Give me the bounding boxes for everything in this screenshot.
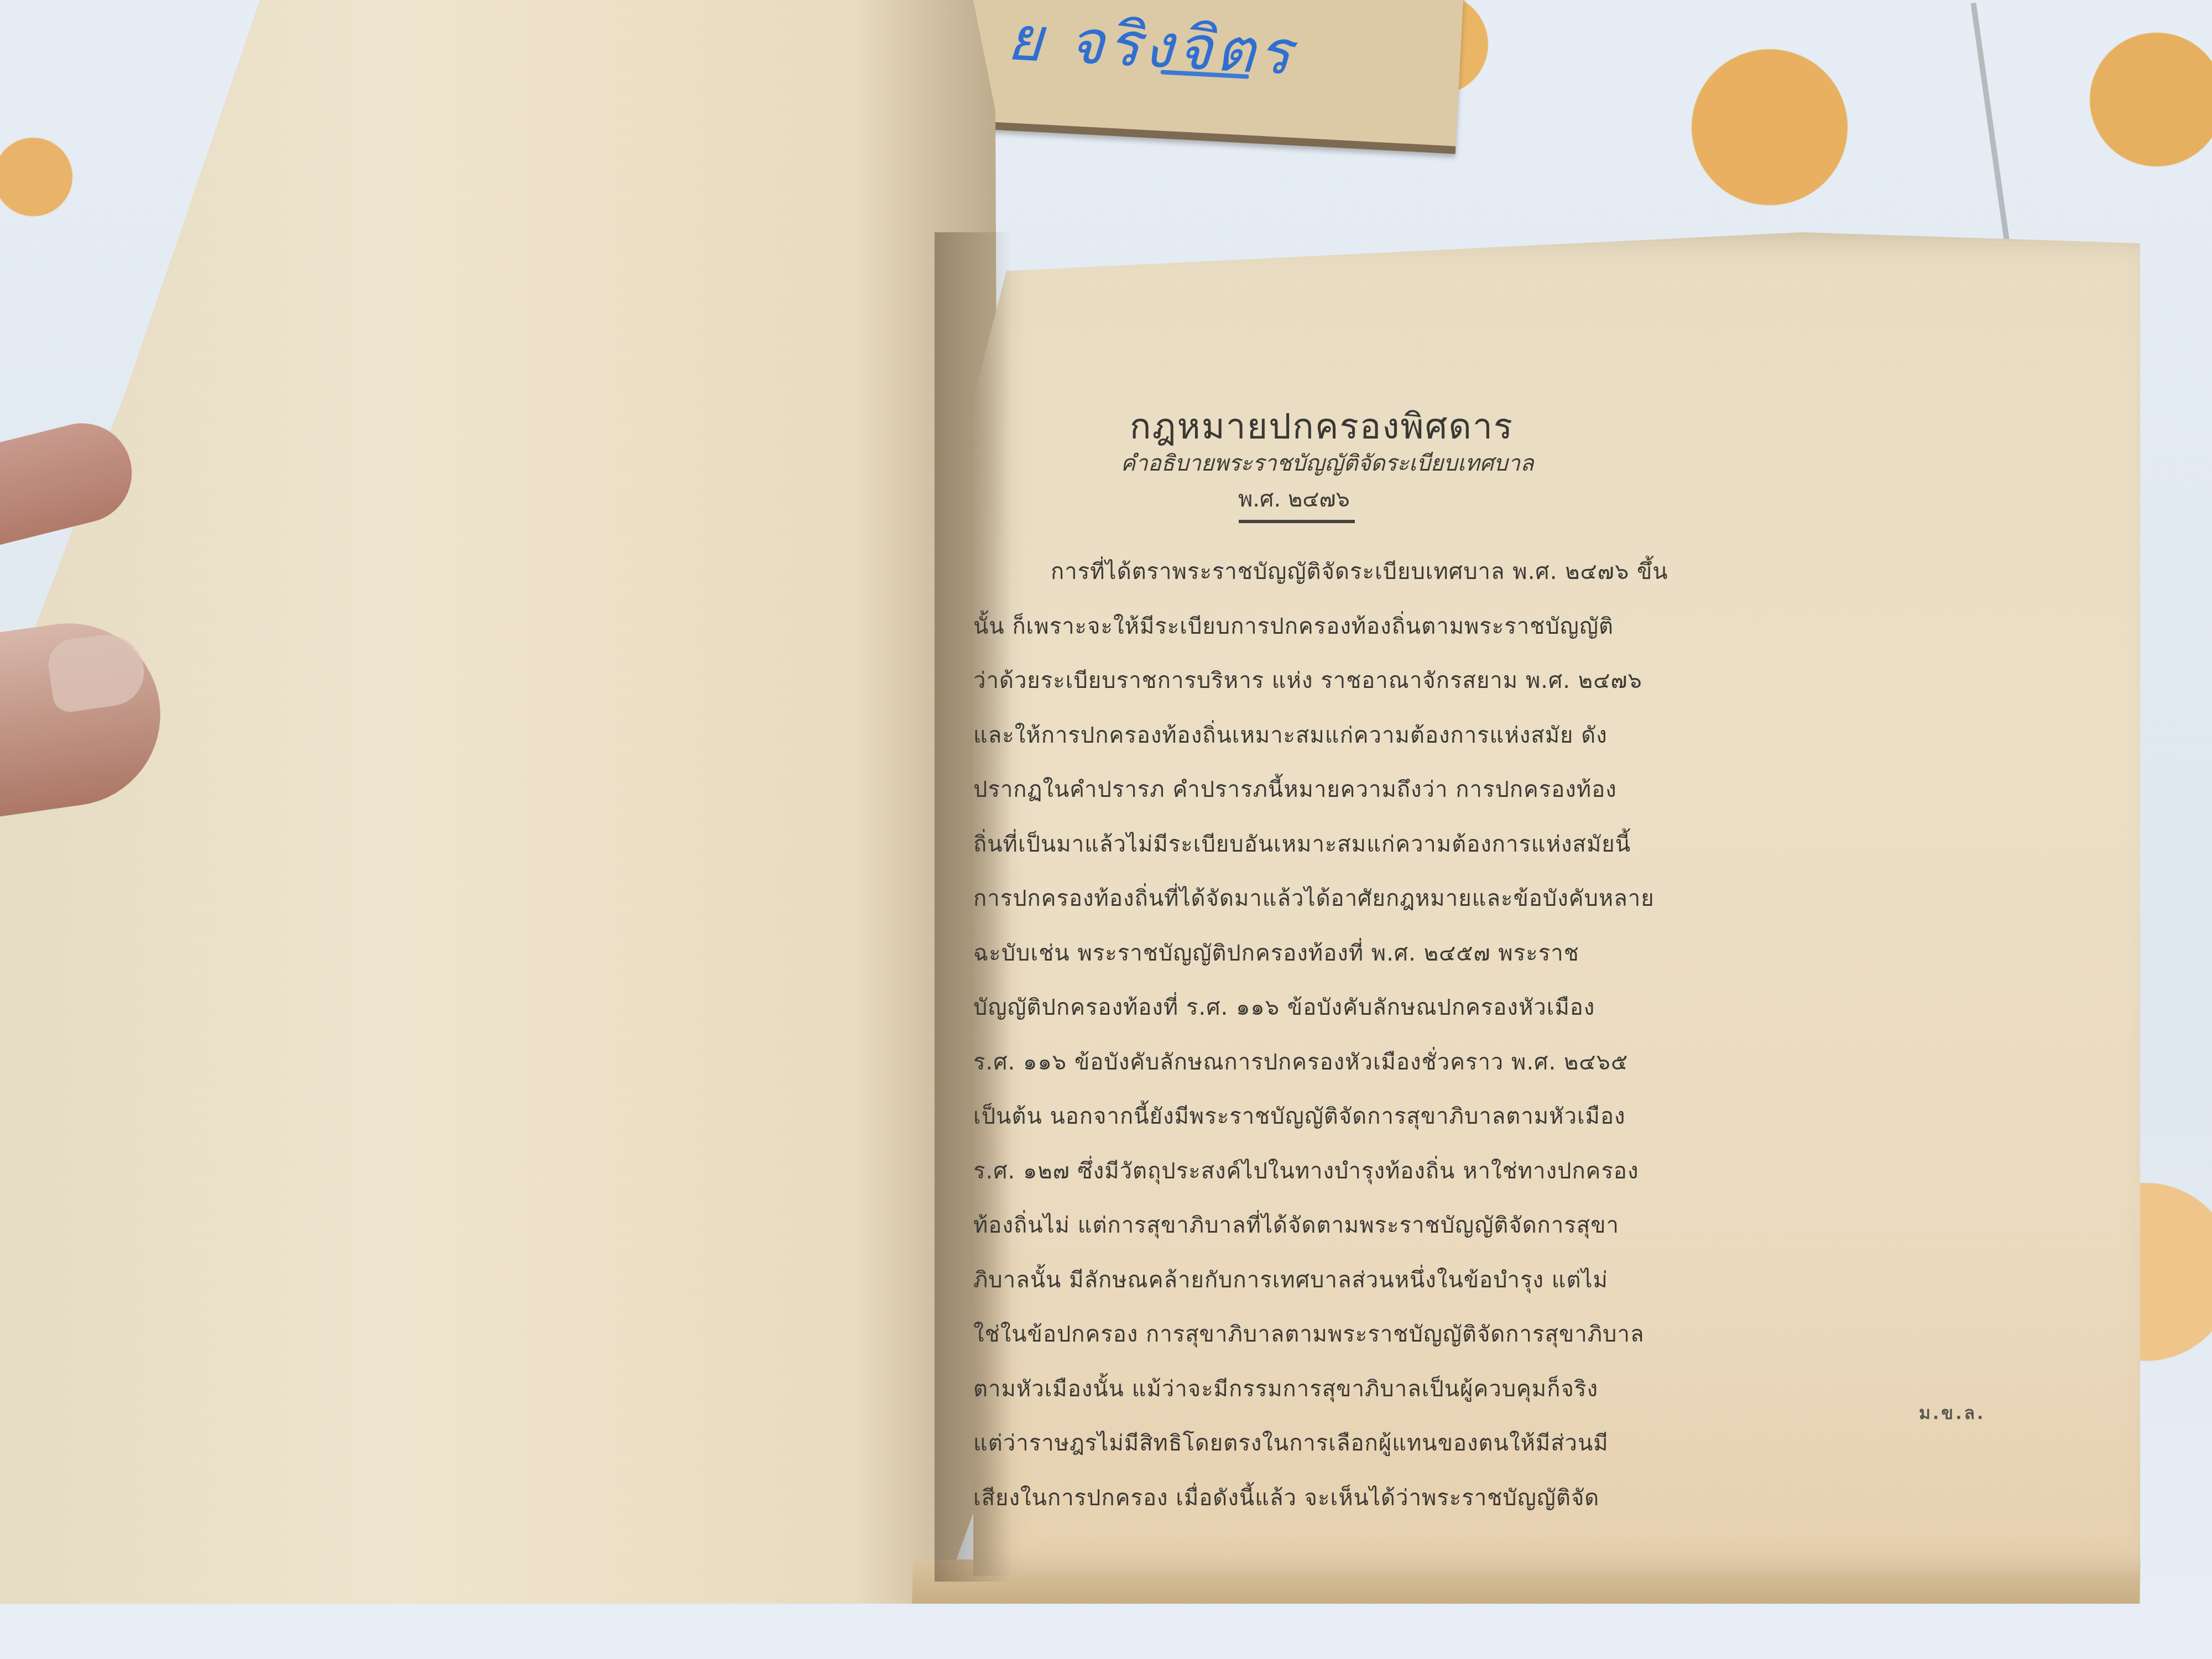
body-line: ฉะบับเช่น พระราชบัญญัติปกครองท้องที่ พ.ศ… [973,926,1759,981]
body-line: นั้น ก็เพราะจะให้มีระเบียบการปกครองท้องถ… [973,599,1759,654]
body-line: ใช่ในข้อปกครอง การสุขาภิบาลตามพระราชบัญญ… [973,1307,1759,1362]
title-divider [1239,520,1355,523]
document-year: พ.ศ. ๒๔๗๖ [1139,481,1449,517]
body-line: ร.ศ. ๑๒๗ ซึ่งมีวัตถุประสงค์ไปในทางบำรุงท… [973,1144,1759,1199]
body-line: การที่ได้ตราพระราชบัญญัติจัดระเบียบเทศบา… [973,545,1759,599]
document-body: การที่ได้ตราพระราชบัญญัติจัดระเบียบเทศบา… [973,545,1759,1525]
body-line: และให้การปกครองท้องถิ่นเหมาะสมแก่ความต้อ… [973,708,1759,763]
body-line: ถิ่นที่เป็นมาแล้วไม่มีระเบียบอันเหมาะสมแ… [973,817,1759,872]
body-line: บัญญัติปกครองท้องที่ ร.ศ. ๑๑๖ ข้อบังคับล… [973,980,1759,1035]
body-line: ภิบาลนั้น มีลักษณคล้ายกับการเทศบาลส่วนหน… [973,1253,1759,1308]
cardboard-label: ย จริงจิตร [936,0,1464,154]
body-line: ปรากฏในคำปรารภ คำปรารภนี้หมายความถึงว่า … [973,763,1759,817]
cardboard-handwriting: ย จริงจิตร [1005,0,1297,101]
body-line: ว่าด้วยระเบียบราชการบริหาร แห่ง ราชอาณาจ… [973,654,1759,708]
document-subtitle: คำอธิบายพระราชบัญญัติจัดระเบียบเทศบาล [1067,445,1587,481]
body-line: การปกครองท้องถิ่นที่ได้จัดมาแล้วได้อาศัย… [973,872,1759,926]
body-line: ท้องถิ่นไม่ แต่การสุขาภิบาลที่ได้จัดตามพ… [973,1198,1759,1253]
body-line: เป็นต้น นอกจากนี้ยังมีพระราชบัญญัติจัดกา… [973,1089,1759,1144]
body-line: แต่ว่าราษฎรไม่มีสิทธิโดยตรงในการเลือกผู้… [973,1416,1759,1471]
body-line: เสียงในการปกครอง เมื่อดังนี้แล้ว จะเห็นไ… [973,1471,1759,1526]
printer-signature-mark: ม.ข.ล. [1919,1399,1985,1427]
body-line: ตามหัวเมืองนั้น แม้ว่าจะมีกรรมการสุขาภิบ… [973,1362,1759,1417]
body-line: ร.ศ. ๑๑๖ ข้อบังคับลักษณการปกครองหัวเมือง… [973,1035,1759,1090]
